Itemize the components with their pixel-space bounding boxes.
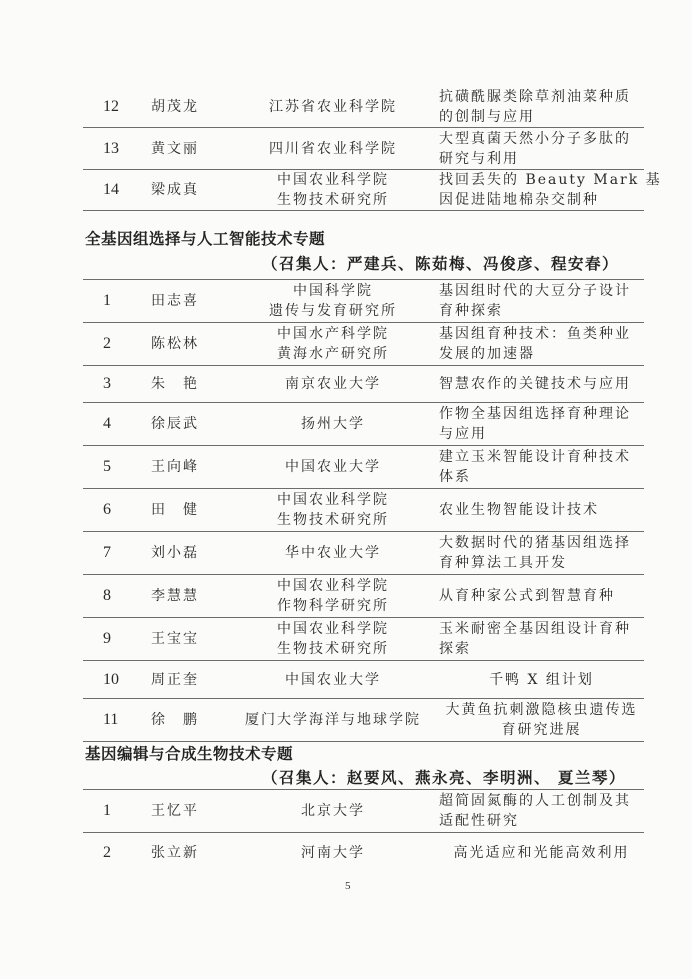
title-line: 从育种家公式到智慧育种 (439, 586, 615, 606)
title-line: 因促进陆地棉杂交制种 (439, 190, 662, 210)
report-title: 智慧农作的关键技术与应用 (439, 366, 644, 402)
report-title: 从育种家公式到智慧育种 (439, 575, 644, 617)
table-row: 9 王宝宝 中国农业科学院生物技术研究所 玉米耐密全基因组设计育种探索 (83, 618, 644, 661)
title-line: 基因组时代的大豆分子设计 (439, 281, 631, 301)
row-number: 9 (103, 618, 137, 660)
gene-editing-table: 1 王忆平 北京大学 超简固氮酶的人工创制及其适配性研究 2 张立新 河南大学 … (83, 789, 644, 873)
org-line: 生物技术研究所 (277, 190, 389, 210)
report-title: 抗磺酰脲类除草剂油菜种质的创制与应用 (439, 86, 644, 127)
row-number: 12 (103, 86, 137, 127)
speaker-name: 田志喜 (151, 280, 231, 322)
title-line: 基因组育种技术：鱼类种业 (439, 324, 631, 344)
speaker-name: 王向峰 (151, 446, 231, 488)
speaker-organization: 中国科学院遗传与发育研究所 (233, 280, 433, 322)
speaker-name: 徐 鹏 (151, 699, 231, 741)
org-line: 扬州大学 (301, 414, 365, 434)
table-row: 1 王忆平 北京大学 超简固氮酶的人工创制及其适配性研究 (83, 789, 644, 833)
title-line: 大黄鱼抗刺激隐核虫遗传选 (439, 700, 644, 720)
row-number: 2 (103, 833, 137, 873)
speaker-name: 周正奎 (151, 661, 231, 698)
speaker-organization: 四川省农业科学院 (233, 128, 433, 169)
org-line: 江苏省农业科学院 (269, 97, 397, 117)
title-line: 体系 (439, 467, 631, 487)
speaker-name: 黄文丽 (151, 128, 231, 169)
org-line: 中国农业大学 (285, 457, 381, 477)
report-title: 找回丢失的 Beauty Mark 基因促进陆地棉杂交制种 (439, 170, 644, 210)
row-number: 11 (103, 699, 137, 741)
org-line: 生物技术研究所 (277, 639, 389, 659)
row-number: 3 (103, 366, 137, 402)
speaker-organization: 华中农业大学 (233, 532, 433, 574)
convener-list: （召集人：赵要风、燕永亮、李明洲、 夏兰琴） (262, 766, 626, 788)
speaker-name: 陈松林 (151, 323, 231, 365)
title-line: 的创制与应用 (439, 107, 631, 127)
table-row: 6 田 健 中国农业科学院生物技术研究所 农业生物智能设计技术 (83, 489, 644, 532)
table-row: 5 王向峰 中国农业大学 建立玉米智能设计育种技术体系 (83, 446, 644, 489)
report-title: 高光适应和光能高效利用 (439, 833, 644, 873)
report-title: 作物全基因组选择育种理论与应用 (439, 403, 644, 445)
continued-table: 12 胡茂龙 江苏省农业科学院 抗磺酰脲类除草剂油菜种质的创制与应用 13 黄文… (83, 86, 644, 211)
genomic-ai-table: 1 田志喜 中国科学院遗传与发育研究所 基因组时代的大豆分子设计育种探索 2 陈… (83, 279, 644, 742)
row-number: 2 (103, 323, 137, 365)
title-line: 建立玉米智能设计育种技术 (439, 447, 631, 467)
table-row: 4 徐辰武 扬州大学 作物全基因组选择育种理论与应用 (83, 403, 644, 446)
report-title: 农业生物智能设计技术 (439, 489, 644, 531)
speaker-organization: 中国农业科学院生物技术研究所 (233, 618, 433, 660)
speaker-organization: 中国农业大学 (233, 446, 433, 488)
report-title: 大数据时代的猪基因组选择育种算法工具开发 (439, 532, 644, 574)
speaker-organization: 中国农业科学院作物科学研究所 (233, 575, 433, 617)
speaker-organization: 厦门大学海洋与地球学院 (233, 699, 433, 741)
report-title: 建立玉米智能设计育种技术体系 (439, 446, 644, 488)
org-line: 作物科学研究所 (277, 596, 389, 616)
org-line: 中国农业科学院 (277, 576, 389, 596)
org-line: 中国水产科学院 (277, 324, 389, 344)
report-title: 超简固氮酶的人工创制及其适配性研究 (439, 790, 644, 832)
title-line: 育种算法工具开发 (439, 553, 631, 573)
speaker-organization: 中国农业大学 (233, 661, 433, 698)
org-line: 北京大学 (301, 801, 365, 821)
title-line: 与应用 (439, 424, 631, 444)
org-line: 四川省农业科学院 (269, 139, 397, 159)
title-line: 大数据时代的猪基因组选择 (439, 533, 631, 553)
row-number: 7 (103, 532, 137, 574)
title-line: 作物全基因组选择育种理论 (439, 404, 631, 424)
speaker-name: 田 健 (151, 489, 231, 531)
report-title: 大黄鱼抗刺激隐核虫遗传选育研究进展 (439, 699, 644, 741)
title-line: 育研究进展 (439, 720, 644, 740)
speaker-name: 梁成真 (151, 170, 231, 210)
speaker-name: 刘小磊 (151, 532, 231, 574)
title-line: 智慧农作的关键技术与应用 (439, 374, 631, 394)
org-line: 黄海水产研究所 (277, 344, 389, 364)
speaker-name: 朱 艳 (151, 366, 231, 402)
org-line: 厦门大学海洋与地球学院 (245, 710, 421, 730)
org-line: 河南大学 (301, 843, 365, 863)
table-row: 2 张立新 河南大学 高光适应和光能高效利用 (83, 833, 644, 873)
speaker-organization: 中国农业科学院生物技术研究所 (233, 489, 433, 531)
org-line: 华中农业大学 (285, 543, 381, 563)
row-number: 14 (103, 170, 137, 210)
convener-list: （召集人：严建兵、陈茹梅、冯俊彦、程安春） (262, 252, 619, 274)
report-title: 玉米耐密全基因组设计育种探索 (439, 618, 644, 660)
table-row: 1 田志喜 中国科学院遗传与发育研究所 基因组时代的大豆分子设计育种探索 (83, 279, 644, 323)
table-row: 10 周正奎 中国农业大学 千鸭 X 组计划 (83, 661, 644, 699)
speaker-organization: 扬州大学 (233, 403, 433, 445)
speaker-organization: 中国农业科学院生物技术研究所 (233, 170, 433, 210)
table-row: 11 徐 鹏 厦门大学海洋与地球学院 大黄鱼抗刺激隐核虫遗传选育研究进展 (83, 699, 644, 742)
report-title: 基因组时代的大豆分子设计育种探索 (439, 280, 644, 322)
title-line: 抗磺酰脲类除草剂油菜种质 (439, 87, 631, 107)
speaker-organization: 江苏省农业科学院 (233, 86, 433, 127)
org-line: 遗传与发育研究所 (269, 301, 397, 321)
row-number: 13 (103, 128, 137, 169)
section-heading: 基因编辑与合成生物技术专题 (85, 742, 293, 764)
row-number: 8 (103, 575, 137, 617)
org-line: 生物技术研究所 (277, 510, 389, 530)
title-line: 玉米耐密全基因组设计育种 (439, 619, 631, 639)
row-number: 1 (103, 790, 137, 832)
row-number: 4 (103, 403, 137, 445)
speaker-organization: 北京大学 (233, 790, 433, 832)
page-number: 5 (345, 880, 351, 892)
table-row: 7 刘小磊 华中农业大学 大数据时代的猪基因组选择育种算法工具开发 (83, 532, 644, 575)
table-row: 8 李慧慧 中国农业科学院作物科学研究所 从育种家公式到智慧育种 (83, 575, 644, 618)
table-row: 13 黄文丽 四川省农业科学院 大型真菌天然小分子多肽的研究与利用 (83, 128, 644, 170)
row-number: 6 (103, 489, 137, 531)
table-row: 14 梁成真 中国农业科学院生物技术研究所 找回丢失的 Beauty Mark … (83, 170, 644, 211)
row-number: 10 (103, 661, 137, 698)
row-number: 5 (103, 446, 137, 488)
speaker-name: 王宝宝 (151, 618, 231, 660)
org-line: 中国农业科学院 (277, 490, 389, 510)
report-title: 基因组育种技术：鱼类种业发展的加速器 (439, 323, 644, 365)
speaker-name: 王忆平 (151, 790, 231, 832)
speaker-name: 张立新 (151, 833, 231, 873)
report-title: 大型真菌天然小分子多肽的研究与利用 (439, 128, 644, 169)
speaker-name: 徐辰武 (151, 403, 231, 445)
title-line: 研究与利用 (439, 149, 631, 169)
org-line: 中国农业大学 (285, 670, 381, 690)
org-line: 南京农业大学 (285, 374, 381, 394)
title-line: 高光适应和光能高效利用 (439, 843, 644, 863)
title-line: 适配性研究 (439, 811, 631, 831)
speaker-organization: 中国水产科学院黄海水产研究所 (233, 323, 433, 365)
speaker-name: 李慧慧 (151, 575, 231, 617)
section-heading: 全基因组选择与人工智能技术专题 (85, 227, 325, 249)
title-line: 育种探索 (439, 301, 631, 321)
table-row: 3 朱 艳 南京农业大学 智慧农作的关键技术与应用 (83, 366, 644, 403)
title-line: 千鸭 X 组计划 (439, 670, 644, 690)
table-row: 2 陈松林 中国水产科学院黄海水产研究所 基因组育种技术：鱼类种业发展的加速器 (83, 323, 644, 366)
title-line: 找回丢失的 Beauty Mark 基 (439, 170, 662, 190)
title-line: 农业生物智能设计技术 (439, 500, 599, 520)
title-line: 发展的加速器 (439, 344, 631, 364)
title-line: 超简固氮酶的人工创制及其 (439, 791, 631, 811)
speaker-name: 胡茂龙 (151, 86, 231, 127)
org-line: 中国农业科学院 (277, 619, 389, 639)
speaker-organization: 河南大学 (233, 833, 433, 873)
org-line: 中国农业科学院 (277, 170, 389, 190)
table-row: 12 胡茂龙 江苏省农业科学院 抗磺酰脲类除草剂油菜种质的创制与应用 (83, 86, 644, 128)
title-line: 大型真菌天然小分子多肽的 (439, 129, 631, 149)
document-page: 12 胡茂龙 江苏省农业科学院 抗磺酰脲类除草剂油菜种质的创制与应用 13 黄文… (0, 0, 692, 979)
speaker-organization: 南京农业大学 (233, 366, 433, 402)
org-line: 中国科学院 (269, 281, 397, 301)
title-line: 探索 (439, 639, 631, 659)
report-title: 千鸭 X 组计划 (439, 661, 644, 698)
row-number: 1 (103, 280, 137, 322)
